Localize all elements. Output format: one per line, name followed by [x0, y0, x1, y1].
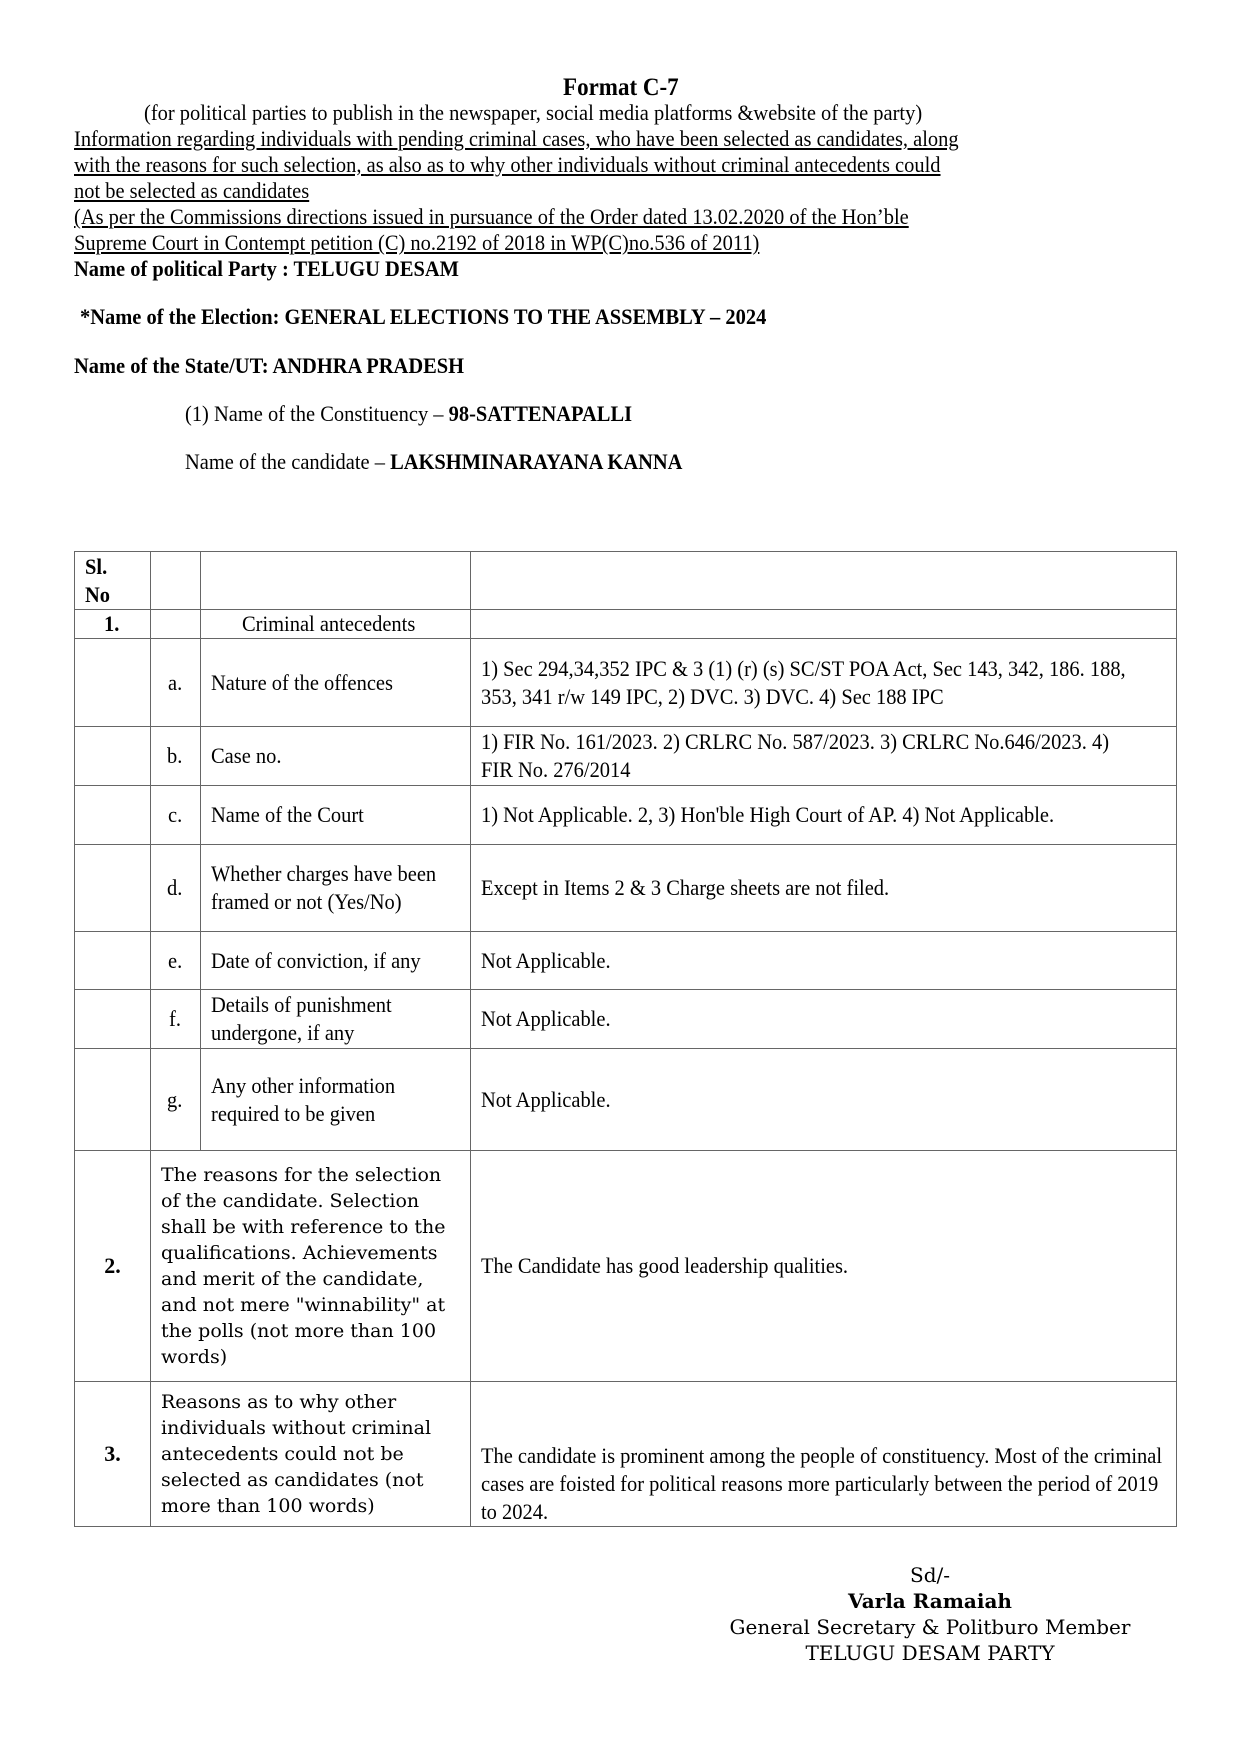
empty-cell: [75, 639, 151, 727]
section-3-label: Reasons as to why other individuals with…: [151, 1382, 471, 1527]
party-label: Name of political Party :: [74, 256, 294, 281]
header-sl-no: Sl. No: [75, 552, 151, 610]
row-label: Nature of the offences: [201, 639, 471, 727]
table-header-row: Sl. No: [75, 552, 1177, 610]
election-field: *Name of the Election: GENERAL ELECTIONS…: [80, 303, 766, 331]
section-3-row: 3. Reasons as to why other individuals w…: [75, 1382, 1177, 1527]
candidate-value: LAKSHMINARAYANA KANNA: [390, 449, 682, 474]
signatory-designation: General Secretary & Politburo Member: [650, 1614, 1210, 1640]
row-label: Date of conviction, if any: [201, 932, 471, 990]
section-3-sl: 3.: [75, 1382, 151, 1527]
party-value: TELUGU DESAM: [294, 256, 459, 281]
row-key: e.: [151, 932, 201, 990]
row-value: Not Applicable.: [471, 932, 1177, 990]
header-empty-cell: [151, 552, 201, 610]
party-field: Name of political Party : TELUGU DESAM: [74, 255, 459, 283]
row-value: 1) Sec 294,34,352 IPC & 3 (1) (r) (s) SC…: [471, 639, 1177, 727]
row-key: g.: [151, 1049, 201, 1151]
empty-cell: [75, 786, 151, 845]
row-label: Name of the Court: [201, 786, 471, 845]
header-empty-cell: [201, 552, 471, 610]
state-value: ANDHRA PRADESH: [272, 353, 464, 378]
empty-cell: [471, 610, 1177, 639]
row-value: 1) Not Applicable. 2, 3) Hon'ble High Co…: [471, 786, 1177, 845]
section-2-value: The Candidate has good leadership qualit…: [471, 1151, 1177, 1382]
info-line-3: not be selected as candidates: [74, 177, 309, 205]
subtitle: (for political parties to publish in the…: [144, 99, 922, 127]
empty-cell: [75, 990, 151, 1049]
table-row: f. Details of punishment undergone, if a…: [75, 990, 1177, 1049]
directions-line-1: (As per the Commissions directions issue…: [74, 203, 909, 231]
table-row: a. Nature of the offences 1) Sec 294,34,…: [75, 639, 1177, 727]
empty-cell: [75, 845, 151, 932]
constituency-field: (1) Name of the Constituency – 98-SATTEN…: [185, 400, 632, 428]
signatory-name: Varla Ramaiah: [650, 1588, 1210, 1614]
directions-line-2: Supreme Court in Contempt petition (C) n…: [74, 229, 759, 257]
criminal-antecedents-table: Sl. No 1. Criminal antecedents a. Nature…: [74, 551, 1177, 1527]
section-1-label: Criminal antecedents: [201, 610, 471, 639]
table-row: b. Case no. 1) FIR No. 161/2023. 2) CRLR…: [75, 727, 1177, 786]
state-field: Name of the State/UT: ANDHRA PRADESH: [74, 352, 464, 380]
row-value: Except in Items 2 & 3 Charge sheets are …: [471, 845, 1177, 932]
candidate-label: Name of the candidate –: [185, 449, 390, 474]
header-empty-cell: [471, 552, 1177, 610]
signatory-party: TELUGU DESAM PARTY: [650, 1640, 1210, 1666]
row-label: Whether charges have been framed or not …: [201, 845, 471, 932]
row-key: d.: [151, 845, 201, 932]
section-1-sl: 1.: [75, 610, 151, 639]
candidate-field: Name of the candidate – LAKSHMINARAYANA …: [185, 448, 682, 476]
row-value: Not Applicable.: [471, 990, 1177, 1049]
signature-sd: Sd/-: [650, 1562, 1210, 1588]
section-3-value: The candidate is prominent among the peo…: [471, 1382, 1177, 1527]
section-2-row: 2. The reasons for the selection of the …: [75, 1151, 1177, 1382]
row-label: Details of punishment undergone, if any: [201, 990, 471, 1049]
page-title: Format C-7: [0, 74, 1241, 102]
election-label: *Name of the Election:: [80, 304, 285, 329]
table-row: d. Whether charges have been framed or n…: [75, 845, 1177, 932]
empty-cell: [75, 1049, 151, 1151]
empty-cell: [75, 727, 151, 786]
section-2-sl: 2.: [75, 1151, 151, 1382]
row-label: Any other information required to be giv…: [201, 1049, 471, 1151]
table-row: g. Any other information required to be …: [75, 1049, 1177, 1151]
empty-cell: [75, 932, 151, 990]
row-key: f.: [151, 990, 201, 1049]
section-2-label: The reasons for the selection of the can…: [151, 1151, 471, 1382]
table-row: e. Date of conviction, if any Not Applic…: [75, 932, 1177, 990]
constituency-value: 98-SATTENAPALLI: [449, 401, 632, 426]
row-value: Not Applicable.: [471, 1049, 1177, 1151]
row-key: b.: [151, 727, 201, 786]
info-line-2: with the reasons for such selection, as …: [74, 151, 941, 179]
row-label: Case no.: [201, 727, 471, 786]
empty-cell: [151, 610, 201, 639]
row-key: c.: [151, 786, 201, 845]
info-line-1: Information regarding individuals with p…: [74, 125, 959, 153]
state-label: Name of the State/UT:: [74, 353, 272, 378]
constituency-label: (1) Name of the Constituency –: [185, 401, 449, 426]
row-key: a.: [151, 639, 201, 727]
document-page: Format C-7 (for political parties to pub…: [0, 0, 1241, 1755]
table-row: c. Name of the Court 1) Not Applicable. …: [75, 786, 1177, 845]
section-1-row: 1. Criminal antecedents: [75, 610, 1177, 639]
election-value: GENERAL ELECTIONS TO THE ASSEMBLY – 2024: [285, 304, 767, 329]
row-value: 1) FIR No. 161/2023. 2) CRLRC No. 587/20…: [471, 727, 1177, 786]
